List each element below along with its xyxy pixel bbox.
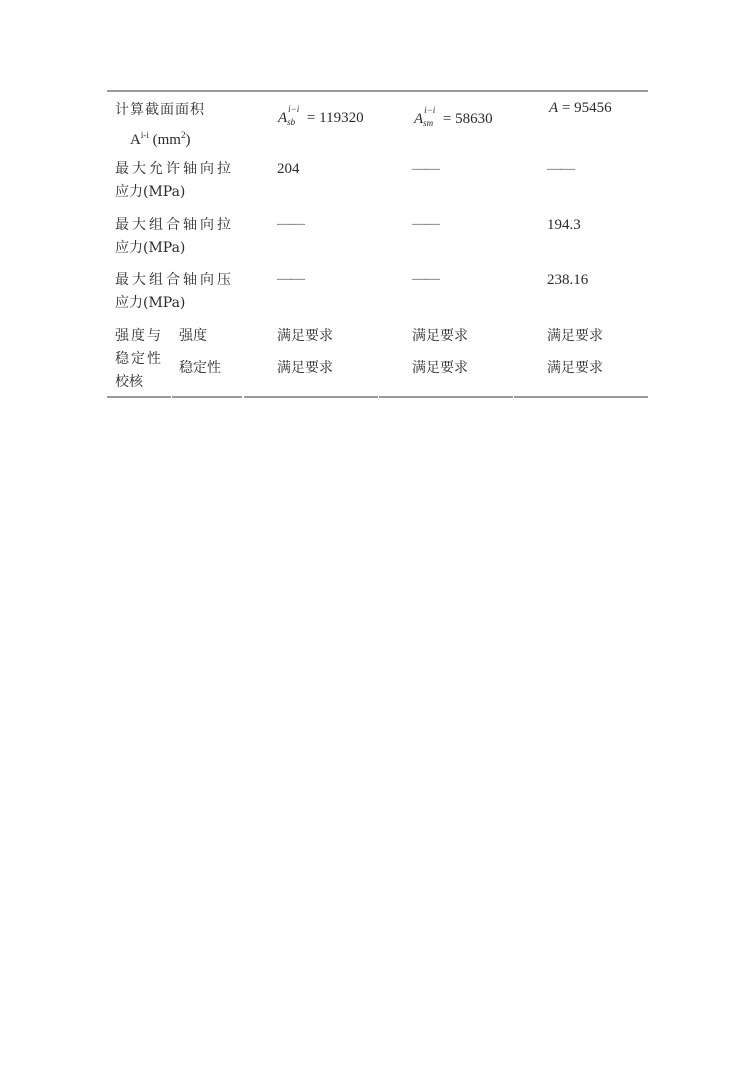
table-bottom-rule-seg2 xyxy=(172,396,242,398)
combined-tension-col2: —— xyxy=(412,213,438,235)
row-area-label-line2: Ai-i (mm2) xyxy=(130,124,190,151)
row-combined-tension-label-line1: 最大组合轴向拉 xyxy=(115,214,234,236)
check-stability-col3: 满足要求 xyxy=(547,357,603,379)
check-stability-label: 稳定性 xyxy=(179,357,221,379)
table-bottom-rule-seg4 xyxy=(379,396,513,398)
row-combined-compression-label-line2: 应力(MPa) xyxy=(115,292,185,314)
combined-compression-col3: 238.16 xyxy=(547,269,588,291)
check-strength-label: 强度 xyxy=(179,325,207,347)
table-bottom-rule-seg5 xyxy=(514,396,648,398)
combined-tension-col3: 194.3 xyxy=(547,214,581,236)
area-total-symbol: A xyxy=(549,100,558,116)
allow-tension-col3: —— xyxy=(547,158,573,180)
check-strength-col2: 满足要求 xyxy=(412,325,468,347)
area-sb-sub: sb xyxy=(287,117,295,127)
combined-compression-col2: —— xyxy=(412,268,438,290)
document-page: 计算截面面积 Ai-i (mm2) Ai−isb = 119320 Ai−ism… xyxy=(0,0,756,1070)
check-stability-col1: 满足要求 xyxy=(277,357,333,379)
area-sm-sup: i−i xyxy=(424,105,435,115)
area-sm-eq: = 58630 xyxy=(439,111,492,127)
area-sb-sup: i−i xyxy=(288,104,299,114)
area-sm-indices: i−ism xyxy=(423,113,439,127)
check-group-label-line1: 强度与 xyxy=(115,325,163,347)
area-total-value: A = 95456 xyxy=(549,97,612,119)
area-total-eq: = 95456 xyxy=(558,100,611,116)
check-group-label-line3: 校核 xyxy=(115,371,143,393)
check-group-label-line2: 稳定性 xyxy=(115,348,163,370)
area-superscript: i-i xyxy=(141,130,149,140)
row-allow-tension-label-line2: 应力(MPa) xyxy=(115,181,185,203)
row-combined-tension-label-line2: 应力(MPa) xyxy=(115,237,185,259)
table-bottom-rule-seg3 xyxy=(244,396,378,398)
area-symbol: A xyxy=(130,132,141,148)
area-sb-value: Ai−isb = 119320 xyxy=(278,107,364,129)
area-sm-value: Ai−ism = 58630 xyxy=(414,108,493,130)
table-bottom-rule-seg1 xyxy=(107,396,171,398)
check-stability-col2: 满足要求 xyxy=(412,357,468,379)
row-area-label-line1: 计算截面面积 xyxy=(115,99,205,121)
row-combined-compression-label-line1: 最大组合轴向压 xyxy=(115,269,234,291)
area-unit-close: ) xyxy=(185,132,190,148)
area-sb-symbol: A xyxy=(278,110,287,126)
combined-compression-col1: —— xyxy=(277,268,303,290)
area-unit-open: (mm xyxy=(149,132,181,148)
allow-tension-col2: —— xyxy=(412,158,438,180)
check-strength-col1: 满足要求 xyxy=(277,325,333,347)
area-sm-symbol: A xyxy=(414,111,423,127)
combined-tension-col1: —— xyxy=(277,213,303,235)
area-sb-eq: = 119320 xyxy=(303,110,363,126)
row-allow-tension-label-line1: 最大允许轴向拉 xyxy=(115,158,234,180)
check-strength-col3: 满足要求 xyxy=(547,325,603,347)
area-sb-indices: i−isb xyxy=(287,112,303,126)
allow-tension-col1: 204 xyxy=(277,158,300,180)
table-top-rule xyxy=(107,90,648,92)
area-sm-sub: sm xyxy=(423,118,433,128)
